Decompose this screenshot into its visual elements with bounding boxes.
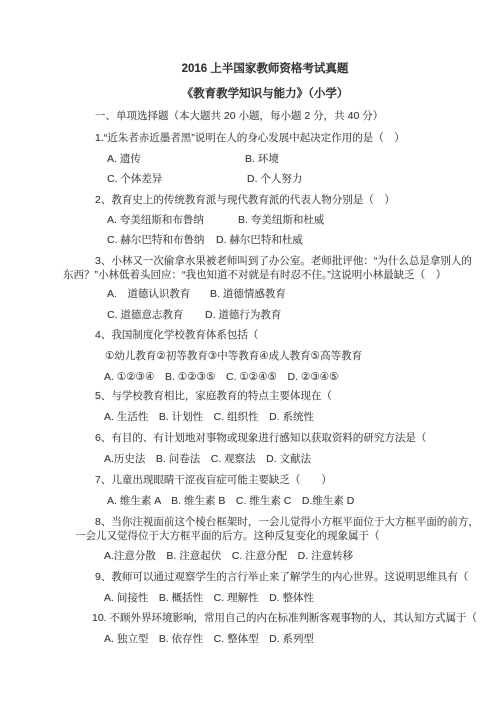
question-4-items-text: ①幼儿教育②初等教育③中等教育④成人教育⑤高等教育 [105,349,362,363]
document-subtitle: 《教育教学知识与能力》（小学） [30,87,500,101]
question-2-options-ab: A. 夸美纽斯和布鲁纳B. 夸美纽斯和杜威 [0,213,500,227]
question-1-options-ab: A. 遗传B. 环境 [0,152,500,166]
question-2-options-cd-text: C. 赫尔巴特和布鲁纳 [107,233,204,247]
question-1-options-cd-text: D. 个人努力 [247,172,302,186]
question-3-options-ab: A. 道德认识教育B. 道德情感教育 [0,287,500,301]
question-1-options-ab-text: A. 遗传 [107,152,141,166]
question-4-stem: 4、我国制度化学校教育体系包括（ [0,328,500,342]
question-3-options-ab-text: B. 道德情感教育 [210,287,286,301]
question-2-stem-text: 2、教育史上的传统教育派与现代教育派的代表人物分别是（ ） [95,193,395,207]
question-1-options-cd: C. 个体差异D. 个人努力 [0,172,500,186]
question-3-options-ab-text: A. 道德认识教育 [107,287,190,301]
question-6-stem: 6、有目的、有计划地对事物或现象进行感知以获取资料的研究方法是（ [0,431,500,445]
question-1-options-ab-text: B. 环境 [245,152,279,166]
question-9-stem-text: 9、教师可以通过观察学生的言行举止来了解学生的内心世界。这说明思维具有（ [95,570,468,584]
question-5-stem-text: 5、与学校教育相比，家庭教育的特点主要体现在（ [95,389,332,403]
question-3-stem-line2-text: 东西？”小林低着头回应：“我也知道不对就是有时忍不住。”这说明小林最缺乏（ ） [63,268,446,282]
question-6-stem-text: 6、有目的、有计划地对事物或现象进行感知以获取资料的研究方法是（ [95,431,426,445]
question-9-options-text: A. 间接性 B. 概括性 C. 理解性 D. 整体性 [104,591,314,605]
question-9-stem: 9、教师可以通过观察学生的言行举止来了解学生的内心世界。这说明思维具有（ [0,570,500,584]
question-2-options-cd-text: D. 赫尔巴特和杜威 [216,233,303,247]
question-5-options-text: A. 生活性 B. 计划性 C. 组织性 D. 系统性 [104,410,314,424]
question-10-stem: 10. 不顾外界环境影响，常用自己的内在标准判断客观事物的人，其认知方式属于（ [0,611,500,625]
question-5-stem: 5、与学校教育相比，家庭教育的特点主要体现在（ [0,389,500,403]
question-2-stem: 2、教育史上的传统教育派与现代教育派的代表人物分别是（ ） [0,193,500,207]
question-1-options-cd-text: C. 个体差异 [107,172,162,186]
question-2-options-ab-text: A. 夸美纽斯和布鲁纳 [107,213,204,227]
question-8-options: A.注意分散 B. 注意起伏 C. 注意分配 D. 注意转移 [0,549,500,563]
question-8-stem-line2-text: 一会儿又觉得位于大方框平面的后方。这种反复变化的现象属于（ [75,529,380,543]
question-3-options-cd-text: C. 道德意志教育 [107,308,183,322]
question-7-options-text: A. 维生素 A B. 维生素 B C. 维生素 C D.维生素 D [107,494,354,508]
question-3-options-cd-text: D. 道德行为教育 [205,308,281,322]
question-5-options: A. 生活性 B. 计划性 C. 组织性 D. 系统性 [0,410,500,424]
question-8-stem-line1: 8、当你注视面前这个棱台框架时，一会儿觉得小方框平面位于大方框平面的前方， [0,515,500,529]
question-10-stem-text: 10. 不顾外界环境影响，常用自己的内在标准判断客观事物的人，其认知方式属于（ [92,611,477,625]
question-1-stem: 1.“近朱者赤近墨者黑”说明在人的身心发展中起决定作用的是（ ） [0,131,500,145]
question-7-stem: 7、儿童出现眼睛干涩夜盲症可能主要缺乏（ ） [0,473,500,487]
question-4-options-text: A. ①②③④ B. ①②③⑤ C. ①②④⑤ D. ②③④⑤ [104,370,339,384]
question-8-stem-line1-text: 8、当你注视面前这个棱台框架时，一会儿觉得小方框平面位于大方框平面的前方， [95,515,479,529]
question-7-stem-text: 7、儿童出现眼睛干涩夜盲症可能主要缺乏（ ） [95,473,332,487]
question-4-options: A. ①②③④ B. ①②③⑤ C. ①②④⑤ D. ②③④⑤ [0,370,500,384]
question-4-items: ①幼儿教育②初等教育③中等教育④成人教育⑤高等教育 [0,349,500,363]
question-3-stem-line2: 东西？”小林低着头回应：“我也知道不对就是有时忍不住。”这说明小林最缺乏（ ） [0,268,500,282]
question-7-options: A. 维生素 A B. 维生素 B C. 维生素 C D.维生素 D [0,494,500,508]
question-9-options: A. 间接性 B. 概括性 C. 理解性 D. 整体性 [0,591,500,605]
exam-document-page: 2016 上半国家教师资格考试真题 《教育教学知识与能力》（小学） 一、单项选择… [0,0,500,707]
question-3-stem-line1: 3、小林又一次偷拿水果被老师叫到了办公室。老师批评他：“为什么总是拿别人的 [0,254,500,268]
question-2-options-ab-text: B. 夸美纽斯和杜威 [238,213,324,227]
question-3-stem-line1-text: 3、小林又一次偷拿水果被老师叫到了办公室。老师批评他：“为什么总是拿别人的 [95,254,472,268]
question-3-options-cd: C. 道德意志教育D. 道德行为教育 [0,308,500,322]
question-4-stem-text: 4、我国制度化学校教育体系包括（ [95,328,258,342]
question-10-options: A. 独立型 B. 依存性 C. 整体型 D. 系列型 [0,632,500,646]
question-2-options-cd: C. 赫尔巴特和布鲁纳D. 赫尔巴特和杜威 [0,233,500,247]
question-10-options-text: A. 独立型 B. 依存性 C. 整体型 D. 系列型 [104,632,314,646]
question-6-options-text: A.历史法 B. 问卷法 C. 观察法 D. 文献法 [104,452,311,466]
question-1-stem-text: 1.“近朱者赤近墨者黑”说明在人的身心发展中起决定作用的是（ ） [95,131,405,145]
question-6-options: A.历史法 B. 问卷法 C. 观察法 D. 文献法 [0,452,500,466]
question-8-options-text: A.注意分散 B. 注意起伏 C. 注意分配 D. 注意转移 [104,549,353,563]
question-8-stem-line2: 一会儿又觉得位于大方框平面的后方。这种反复变化的现象属于（ [0,529,500,543]
section-heading: 一、单项选择题（本大题共 20 小题，每小题 2 分，共 40 分） [95,109,383,123]
document-title: 2016 上半国家教师资格考试真题 [30,62,500,76]
